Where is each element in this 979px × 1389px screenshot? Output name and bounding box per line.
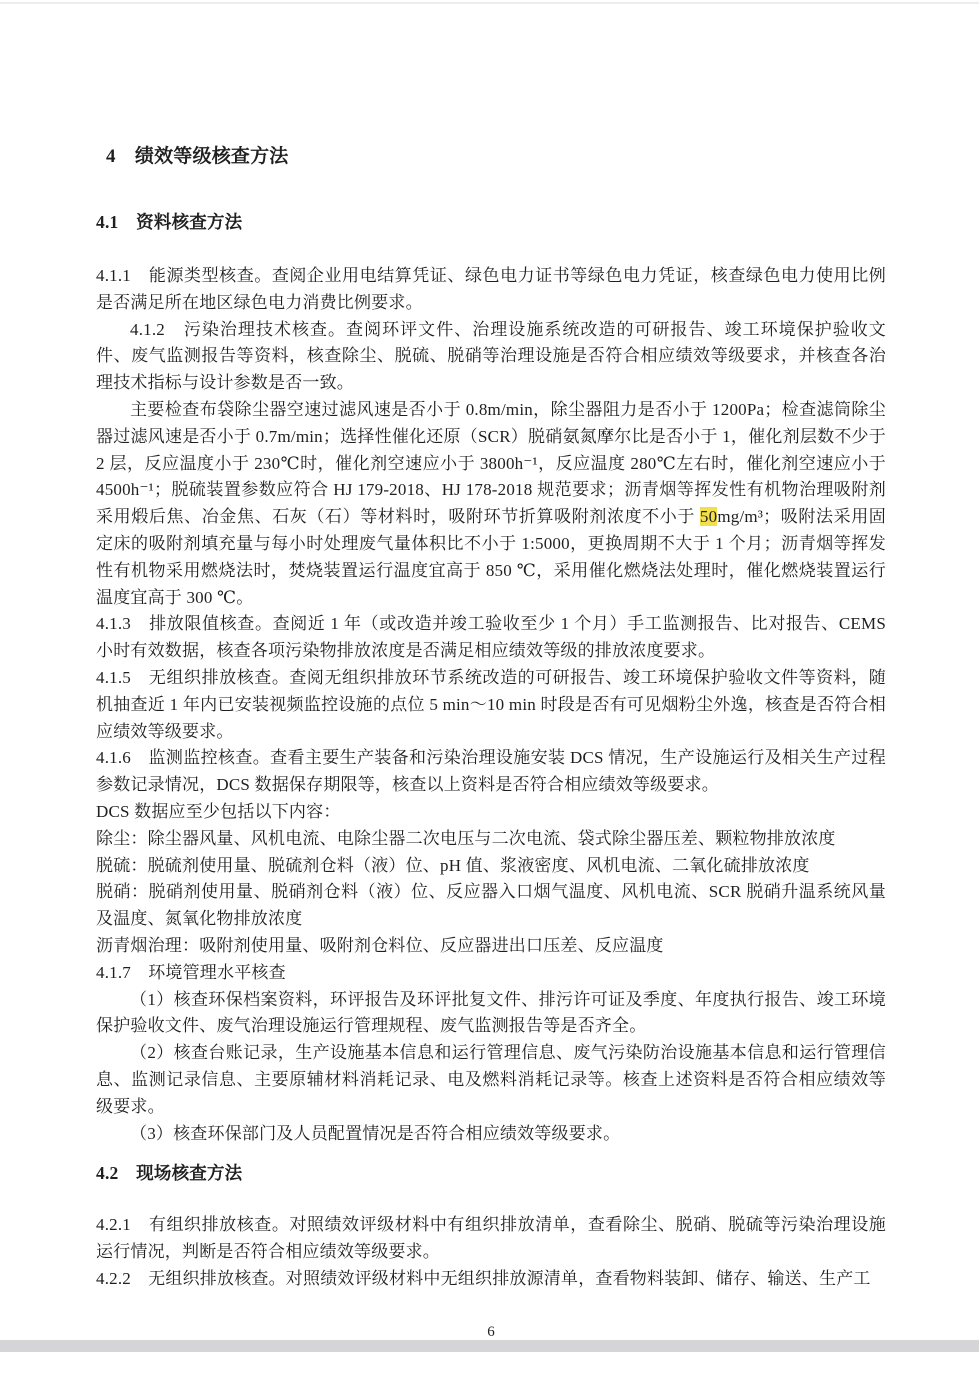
para-dcs-desulfurization: 脱硫：脱硫剂使用量、脱硫剂仓料（液）位、pH 值、浆液密度、风机电流、二氧化硫排… xyxy=(96,853,886,880)
para-dcs-intro: DCS 数据应至少包括以下内容： xyxy=(96,799,886,826)
para-4-1-3: 4.1.3 排放限值核查。查阅近 1 年（或改造并竣工验收至少 1 个月）手工监… xyxy=(96,611,886,665)
para-dcs-denitration: 脱硝：脱硝剂使用量、脱硝剂仓料（液）位、反应器入口烟气温度、风机电流、SCR 脱… xyxy=(96,879,886,933)
para-4-1-1: 4.1.1 能源类型核查。查阅企业用电结算凭证、绿色电力证书等绿色电力凭证，核查… xyxy=(96,263,886,317)
section-heading-4-2: 4.2 现场核查方法 xyxy=(96,1163,886,1184)
para-dcs-asphalt-smoke: 沥青烟治理：吸附剂使用量、吸附剂仓料位、反应器进出口压差、反应温度 xyxy=(96,933,886,960)
para-dcs-dust: 除尘：除尘器风量、风机电流、电除尘器二次电压与二次电流、袋式除尘器压差、颗粒物排… xyxy=(96,826,886,853)
section-heading-4: 4 绩效等级核查方法 xyxy=(106,146,886,168)
para-4-2-1: 4.2.1 有组织排放核查。对照绩效评级材料中有组织排放清单，查看除尘、脱硝、脱… xyxy=(96,1212,886,1266)
section-heading-4-1: 4.1 资料核查方法 xyxy=(96,212,886,233)
para-item-3: （3）核查环保部门及人员配置情况是否符合相应绩效等级要求。 xyxy=(96,1121,886,1148)
scan-artifact-bottom-bar xyxy=(0,1340,979,1352)
para-item-1: （1）核查环保档案资料，环评报告及环评批复文件、排污许可证及季度、年度执行报告、… xyxy=(96,987,886,1041)
para-4-1-6: 4.1.6 监测监控核查。查看主要生产装备和污染治理设施安装 DCS 情况，生产… xyxy=(96,745,886,799)
para-4-1-5: 4.1.5 无组织排放核查。查阅无组织排放环节系统改造的可研报告、竣工环境保护验… xyxy=(96,665,886,745)
para-4-2-2: 4.2.2 无组织排放核查。对照绩效评级材料中无组织排放源清单，查看物料装卸、储… xyxy=(96,1266,886,1293)
document-content: 4 绩效等级核查方法 4.1 资料核查方法 4.1.1 能源类型核查。查阅企业用… xyxy=(96,0,886,1345)
para-item-2: （2）核查台账记录，生产设施基本信息和运行管理信息、废气污染防治设施基本信息和运… xyxy=(96,1040,886,1120)
para-4-1-7: 4.1.7 环境管理水平核查 xyxy=(96,960,886,987)
para-main-check: 主要检查布袋除尘器空速过滤风速是否小于 0.8m/min，除尘器阻力是否小于 1… xyxy=(96,397,886,611)
para-4-1-2: 4.1.2 污染治理技术核查。查阅环评文件、治理设施系统改造的可研报告、竣工环境… xyxy=(96,317,886,397)
document-page: 4 绩效等级核查方法 4.1 资料核查方法 4.1.1 能源类型核查。查阅企业用… xyxy=(0,0,979,1389)
highlighted-value: 50 xyxy=(700,507,717,526)
